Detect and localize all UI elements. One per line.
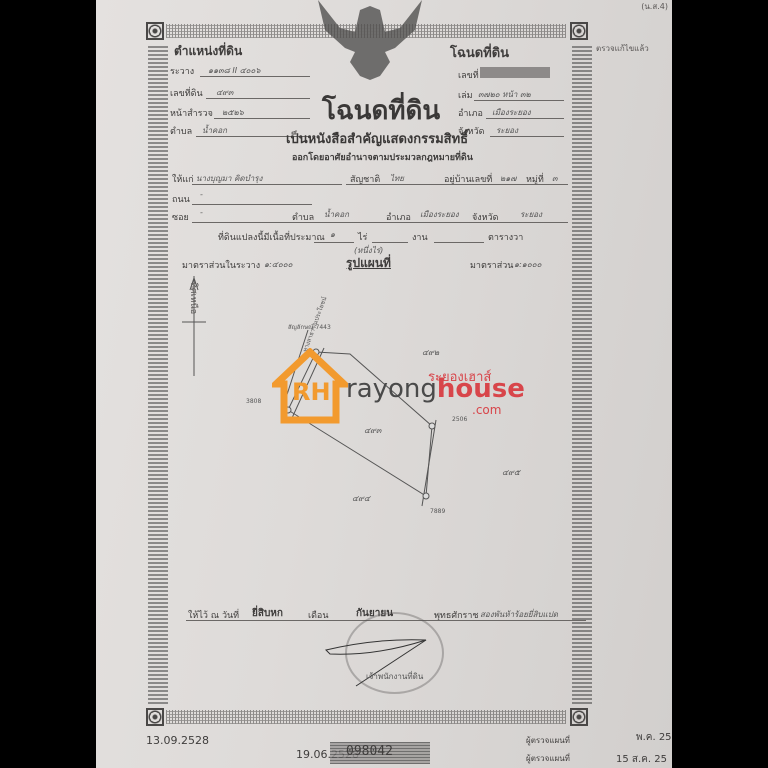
parcel-label: ๔๙๕: [502, 466, 520, 479]
brand-domain-suffix: .com: [472, 403, 501, 417]
margin-note: ตรวจแก้ไขแล้ว: [596, 42, 649, 55]
footer-date-right-2: 15 ส.ค. 25: [616, 752, 667, 767]
serial-number: 098042: [346, 744, 393, 759]
marker-label: 7889: [430, 508, 445, 515]
brand-name-dark: rayong: [346, 374, 437, 404]
date-day: ยี่สิบหก: [252, 606, 283, 621]
parcel-label: ๔๙๔: [352, 492, 370, 505]
footer-label-1: ผู้ตรวจแผนที่: [526, 734, 570, 747]
logo-initials: RH: [292, 378, 331, 406]
rayonghouse-watermark: RH rayonghouse ระยองเฮาส์ .com: [272, 348, 512, 428]
footer-date-1: 13.09.2528: [146, 734, 209, 747]
north-label: ทิศเหนือ: [186, 282, 200, 314]
footer-label-2: ผู้ตรวจแผนที่: [526, 752, 570, 765]
footer-date-right-1: พ.ค. 25: [636, 730, 672, 745]
marker-label: 3808: [246, 398, 261, 405]
brand-thai-name: ระยองเฮาส์: [428, 366, 491, 387]
stamp-text: เจ้าพนักงานที่ดิน: [366, 670, 423, 683]
